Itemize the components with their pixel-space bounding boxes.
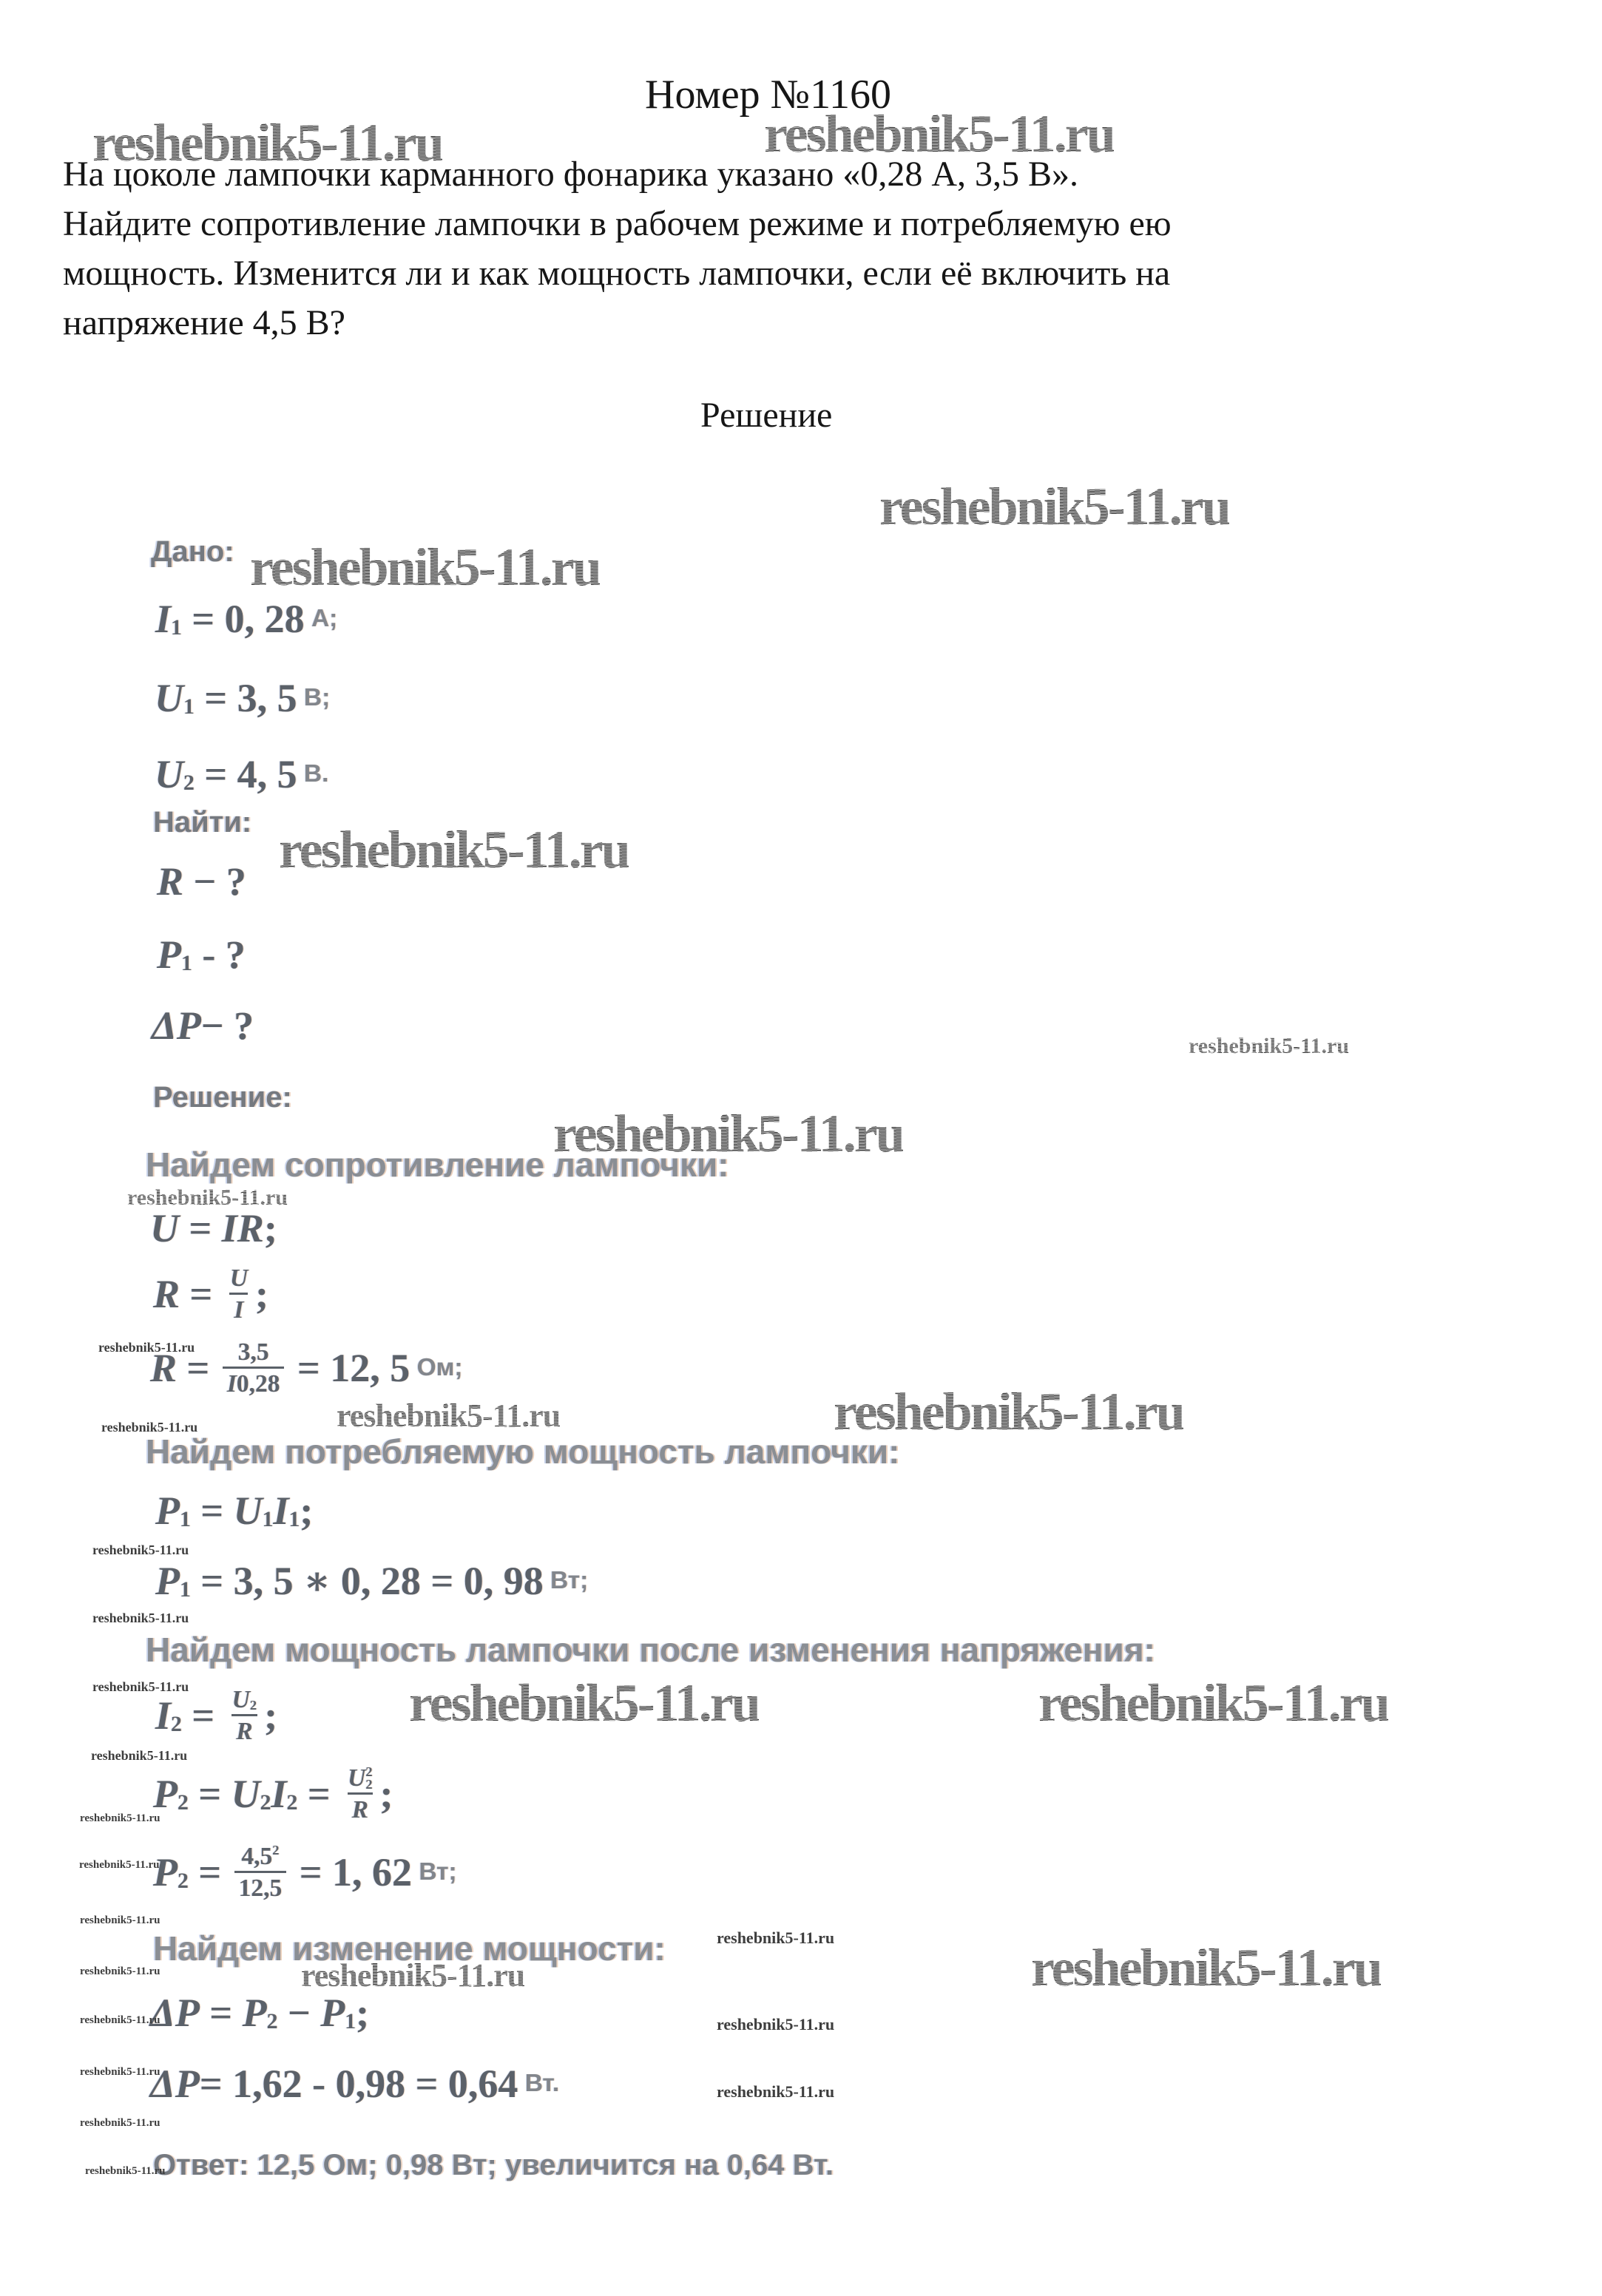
watermark: reshebnik5-11.ru bbox=[80, 1914, 160, 1927]
watermark: reshebnik5-11.ru bbox=[1189, 1034, 1349, 1059]
formula-i2-symbolic: I2 = U2R; bbox=[155, 1680, 277, 1751]
watermark: reshebnik5-11.ru bbox=[85, 2165, 166, 2178]
section-text-new-voltage: Найдем мощность лампочки после изменения… bbox=[146, 1630, 1155, 1670]
section-text-power: Найдем потребляемую мощность лампочки: bbox=[146, 1432, 899, 1472]
watermark: reshebnik5-11.ru bbox=[80, 1965, 160, 1978]
watermark: reshebnik5-11.ru bbox=[80, 2117, 160, 2130]
formula-ohm-law: U = IR; bbox=[150, 1205, 277, 1251]
watermark: reshebnik5-11.ru bbox=[92, 1542, 189, 1558]
watermark: reshebnik5-11.ru bbox=[337, 1397, 560, 1435]
label-solution: Решение: bbox=[153, 1081, 292, 1114]
formula-p2-numeric: P2 = 4,5212,5 = 1, 62 Вт; bbox=[153, 1832, 457, 1912]
watermark: reshebnik5-11.ru bbox=[301, 1957, 524, 1994]
watermark: reshebnik5-11.ru bbox=[717, 2082, 834, 2102]
formula-u1-given: U1 = 3, 5 В; bbox=[155, 675, 330, 721]
problem-text-line-2: Найдите сопротивление лампочки в рабочем… bbox=[63, 199, 1172, 248]
document-page: Номер №1160 reshebnik5-11.ru reshebnik5-… bbox=[0, 0, 1602, 2296]
formula-p1-symbolic: P1 = U1I1; bbox=[155, 1488, 313, 1534]
watermark: reshebnik5-11.ru bbox=[79, 1859, 160, 1872]
label-answer: Ответ: bbox=[153, 2149, 249, 2181]
watermark: reshebnik5-11.ru bbox=[80, 2014, 160, 2027]
watermark: reshebnik5-11.ru bbox=[1031, 1937, 1381, 1999]
answer-text: 12,5 Ом; 0,98 Вт; увеличится на 0,64 Вт. bbox=[249, 2149, 834, 2181]
watermark: reshebnik5-11.ru bbox=[279, 819, 629, 881]
watermark: reshebnik5-11.ru bbox=[717, 2015, 834, 2034]
problem-text-line-1: На цоколе лампочки карманного фонарика у… bbox=[63, 149, 1078, 199]
watermark: reshebnik5-11.ru bbox=[80, 2066, 160, 2079]
formula-find-p1: P1 - ? bbox=[157, 935, 246, 975]
formula-dp-numeric: ΔP= 1,62 - 0,98 = 0,64 Вт. bbox=[150, 2062, 559, 2105]
problem-text-line-3: мощность. Изменится ли и как мощность ла… bbox=[63, 248, 1170, 298]
watermark: reshebnik5-11.ru bbox=[250, 537, 600, 598]
watermark: reshebnik5-11.ru bbox=[1038, 1673, 1388, 1734]
formula-p1-numeric: P1 = 3, 5 ∗ 0, 28 = 0, 98 Вт; bbox=[155, 1558, 588, 1604]
formula-u2-given: U2 = 4, 5 В. bbox=[155, 751, 328, 797]
formula-r-symbolic: R = UI; bbox=[153, 1259, 268, 1330]
formula-r-numeric: R = 3,5I0,28 = 12, 5 Ом; bbox=[150, 1332, 463, 1403]
watermark: reshebnik5-11.ru bbox=[717, 1928, 834, 1948]
watermark: reshebnik5-11.ru bbox=[92, 1611, 189, 1626]
formula-i1-given: I1 = 0, 28 А; bbox=[155, 596, 337, 642]
watermark: reshebnik5-11.ru bbox=[409, 1673, 759, 1734]
problem-text-line-4: напряжение 4,5 В? bbox=[63, 298, 345, 348]
section-text-resistance: Найдем сопротивление лампочки: bbox=[146, 1145, 729, 1185]
formula-find-dp: ΔP− ? bbox=[152, 1006, 254, 1046]
formula-p2-symbolic: P2 = U2I2 = U22R; bbox=[153, 1754, 393, 1834]
watermark: reshebnik5-11.ru bbox=[80, 1812, 160, 1825]
answer-line: Ответ: 12,5 Ом; 0,98 Вт; увеличится на 0… bbox=[153, 2149, 834, 2182]
solution-heading: Решение bbox=[700, 395, 832, 436]
formula-find-r: R − ? bbox=[157, 862, 246, 901]
label-find: Найти: bbox=[153, 806, 251, 839]
watermark: reshebnik5-11.ru bbox=[879, 476, 1229, 538]
formula-dp-symbolic: ΔP = P2 − P1; bbox=[150, 1991, 369, 2035]
label-given: Дано: bbox=[151, 535, 234, 569]
